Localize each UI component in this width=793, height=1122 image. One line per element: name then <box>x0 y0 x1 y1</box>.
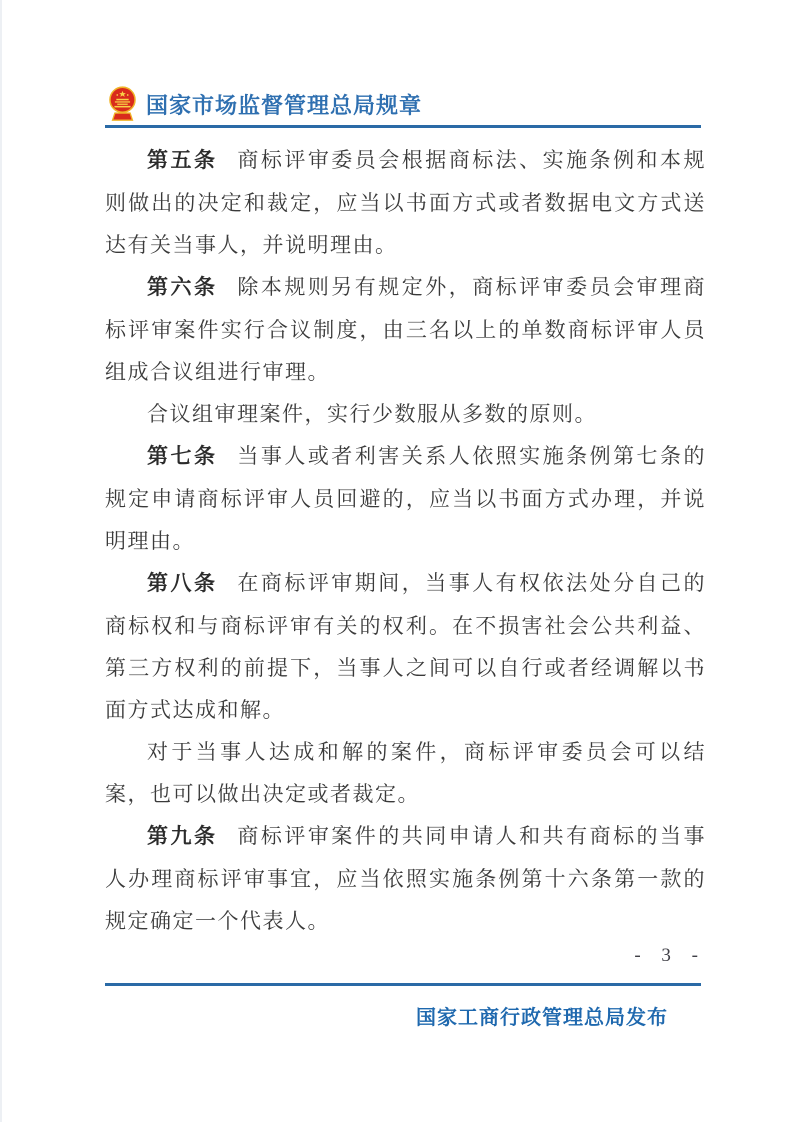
paragraph-article-8: 第八条在商标评审期间，当事人有权依法处分自己的商标权和与商标评审有关的权利。在不… <box>105 562 706 731</box>
document-header: 国家市场监督管理总局规章 <box>106 85 702 123</box>
footer-rule <box>105 983 701 986</box>
article-number: 第九条 <box>147 825 217 848</box>
paragraph-article-8-cont: 对于当事人达成和解的案件，商标评审委员会可以结案，也可以做出决定或者裁定。 <box>105 731 706 815</box>
article-number: 第七条 <box>147 445 217 468</box>
header-rule <box>105 125 701 128</box>
paragraph-text: 对于当事人达成和解的案件，商标评审委员会可以结案，也可以做出决定或者裁定。 <box>105 740 706 806</box>
paragraph-text: 合议组审理案件，实行少数服从多数的原则。 <box>147 402 597 426</box>
document-body: 第五条商标评审委员会根据商标法、实施条例和本规则做出的决定和裁定，应当以书面方式… <box>105 139 706 942</box>
article-number: 第五条 <box>147 149 217 172</box>
document-title: 国家市场监督管理总局规章 <box>146 89 422 120</box>
paragraph-article-6-cont: 合议组审理案件，实行少数服从多数的原则。 <box>105 393 706 435</box>
paragraph-article-7: 第七条当事人或者利害关系人依照实施条例第七条的规定申请商标评审人员回避的，应当以… <box>105 435 706 562</box>
page-number: - 3 - <box>634 945 702 967</box>
article-number: 第八条 <box>147 572 217 595</box>
article-number: 第六条 <box>147 276 217 299</box>
paragraph-article-6: 第六条除本规则另有规定外，商标评审委员会审理商标评审案件实行合议制度，由三名以上… <box>105 266 706 393</box>
national-emblem-icon <box>106 85 139 123</box>
paragraph-article-9: 第九条商标评审案件的共同申请人和共有商标的当事人办理商标评审事宜，应当依照实施条… <box>105 815 706 942</box>
paragraph-article-5: 第五条商标评审委员会根据商标法、实施条例和本规则做出的决定和裁定，应当以书面方式… <box>105 139 706 266</box>
page-edge-divider <box>0 0 2 1122</box>
publisher-name: 国家工商行政管理总局发布 <box>416 1001 668 1030</box>
